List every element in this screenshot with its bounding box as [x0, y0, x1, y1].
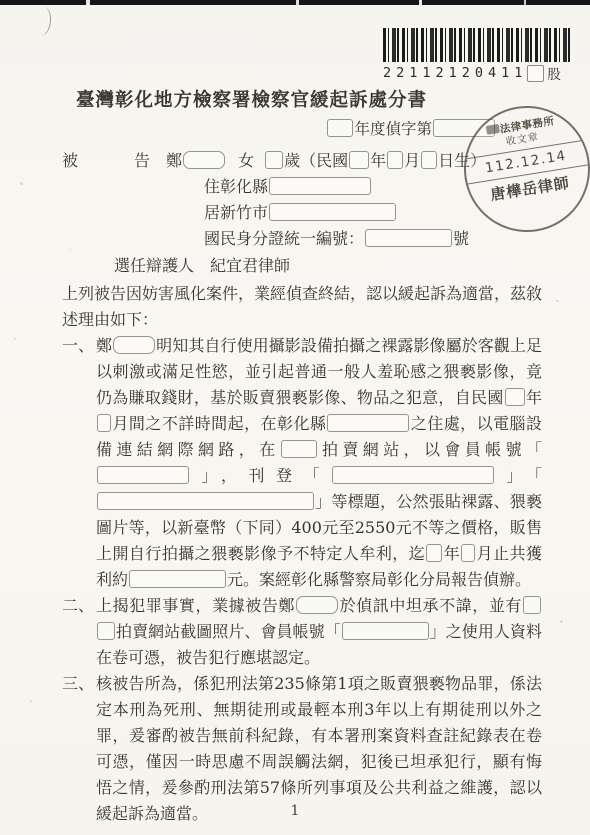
birth-day-label: 日生） — [438, 151, 486, 170]
redaction-birth-day-box — [421, 151, 437, 169]
redaction-year-box — [505, 388, 525, 406]
age-label: 歲（民國 — [284, 151, 348, 170]
redaction-end-year-box — [426, 544, 442, 562]
redaction-id-box — [365, 229, 452, 247]
barcode-number: 22112120411 — [383, 65, 527, 81]
barcode-bars — [383, 28, 571, 62]
barcode-caption: 22112120411 股 — [383, 63, 573, 83]
residence-label-1: 住彰化縣 — [204, 177, 268, 196]
residence-line-2: 居新竹市 — [204, 200, 542, 226]
defendant-line: 被告鄭女歲（民國年月日生） — [62, 148, 542, 174]
redaction-website-box-a — [523, 596, 541, 614]
reason-paragraph-2: 二、上揭犯罪事實，業據被告鄭於偵訊中坦承不諱，並有拍賣網站截圖照片、會員帳號「」… — [62, 593, 542, 671]
scan-speck — [20, 182, 23, 185]
redaction-end-month-box — [461, 544, 475, 562]
redaction-name-box — [183, 151, 225, 169]
id-number-line: 國民身分證統一編號：號 — [204, 226, 542, 252]
barcode: 22112120411 股 — [383, 28, 573, 83]
p1-text: 月間之不詳時間起，在彰化縣 — [112, 414, 326, 433]
case-number-label: 年度偵字第 — [354, 120, 432, 138]
scan-speck — [556, 300, 559, 302]
paragraph-marker-3: 三、 — [62, 671, 94, 697]
p1-text: 」「 — [495, 466, 542, 485]
counsel-role-label: 選任辯護人 — [114, 256, 194, 275]
p1-text: 拍賣網站，以會員帳號「 — [318, 440, 542, 459]
scan-speck — [30, 700, 32, 702]
id-number-suffix: 號 — [453, 229, 469, 248]
id-number-label: 國民身分證統一編號： — [204, 229, 364, 248]
defendant-label-1: 被 — [62, 151, 78, 170]
redaction-listing-title-box-1 — [332, 466, 494, 484]
scanned-document-page: 22112120411 股 臺灣彰化地方檢察署檢察官緩起訴處分書 年度偵字第 被… — [0, 0, 590, 835]
defendant-label-2: 告 — [134, 151, 150, 170]
defendant-gender: 女 — [238, 151, 254, 170]
barcode-unit-box — [527, 65, 544, 82]
p1-text: 年 — [526, 388, 542, 407]
redaction-address-box-2 — [269, 203, 396, 221]
redaction-address-box — [327, 414, 409, 432]
paragraph-marker-1: 一、 — [62, 333, 94, 359]
redaction-name-box — [113, 336, 155, 354]
paragraph-marker-2: 二、 — [62, 593, 94, 619]
birth-year-label: 年 — [370, 151, 386, 170]
redaction-website-box-b — [97, 622, 115, 640]
p2-text: 上揭犯罪事實，業據被告鄭 — [96, 596, 295, 615]
redaction-profit-box — [129, 570, 226, 588]
redaction-month-box — [97, 414, 111, 432]
redaction-listing-title-box-2 — [97, 492, 314, 510]
p1-text: 元。案經彰化縣警察局彰化分局報告偵辦。 — [227, 570, 531, 589]
redaction-account-box — [97, 466, 189, 484]
redaction-case-year-box — [327, 119, 353, 137]
redaction-account-box — [342, 622, 429, 640]
defense-counsel-line: 選任辯護人紀宜君律師 — [114, 252, 542, 279]
barcode-unit-label: 股 — [547, 63, 561, 83]
scan-edge-bar — [0, 0, 590, 5]
redaction-name-box — [296, 596, 338, 614]
p2-text: 於偵訊中坦承不諱，並有 — [339, 596, 522, 615]
counsel-name: 紀宜君律師 — [210, 256, 290, 275]
p2-text: 拍賣網站截圖照片、會員帳號「 — [116, 622, 341, 641]
p3-text: 核被告所為，係犯刑法第235條第1項之販賣猥褻物品罪，係法定本刑為死刑、無期徒刑… — [96, 674, 542, 823]
p1-text: 」，刊登「 — [190, 466, 331, 485]
document-body: 臺灣彰化地方檢察署檢察官緩起訴處分書 年度偵字第 被告鄭女歲（民國年月日生） 住… — [0, 0, 590, 827]
birth-month-label: 月 — [404, 151, 420, 170]
reason-paragraph-1: 一、鄭明知其自行使用攝影設備拍攝之裸露影像屬於客觀上足以刺激或滿足性慾，並引起普… — [62, 333, 542, 593]
redaction-address-box-1 — [269, 177, 371, 195]
p1-text: 明知其自行使用攝影設備拍攝之裸露影像屬於客觀上足以刺激或滿足性慾，並引起普通一般… — [96, 336, 542, 407]
redaction-birth-year-box — [349, 151, 369, 169]
p1-text: 鄭 — [96, 336, 112, 355]
scan-speck — [14, 338, 16, 340]
redaction-website-box — [281, 440, 317, 458]
case-number-line: 年度偵字第 — [62, 117, 542, 141]
redaction-age-box — [265, 151, 283, 169]
p1-text: 年 — [443, 544, 460, 563]
residence-label-2: 居新竹市 — [204, 203, 268, 222]
page-number: 1 — [0, 803, 590, 819]
intro-paragraph: 上列被告因妨害風化案件，業經偵查終結，認以緩起訴為適當，茲敘述理由如下： — [62, 281, 542, 333]
residence-line-1: 住彰化縣 — [204, 174, 542, 200]
defendant-surname: 鄭 — [166, 151, 182, 170]
scan-speck — [560, 620, 563, 623]
redaction-birth-month-box — [387, 151, 403, 169]
redaction-case-number-box — [433, 119, 495, 137]
